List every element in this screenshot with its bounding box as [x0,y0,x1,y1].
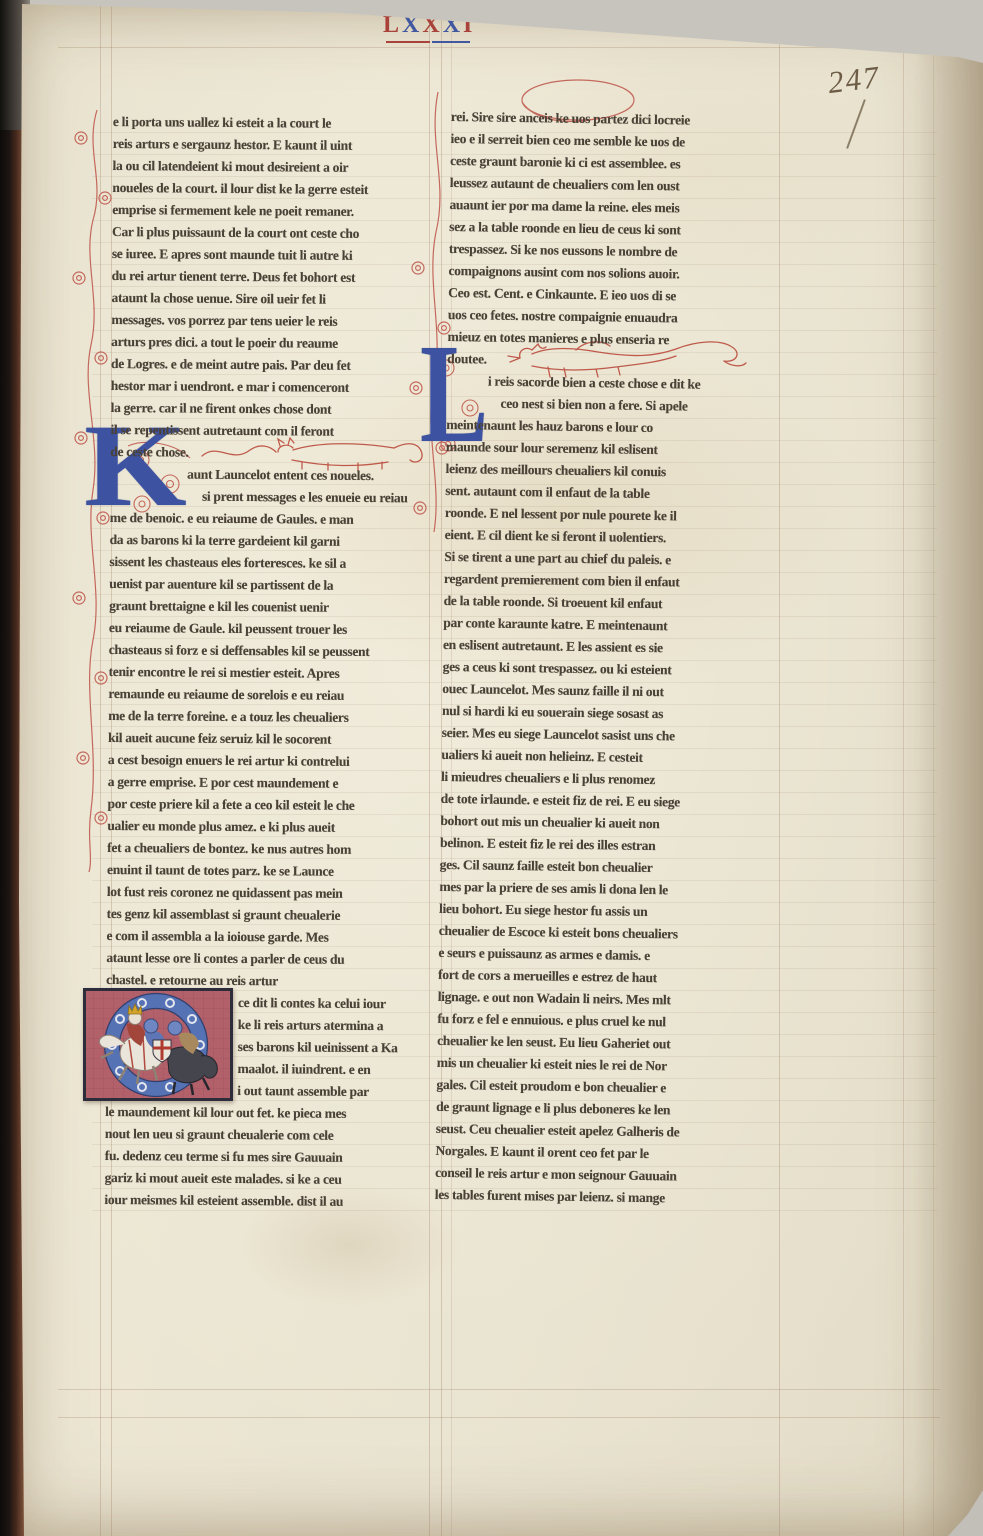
text-line: la ou cil latendeient ki mout desireient… [112,155,434,180]
text-line: maalot. il iuindrent. e en [105,1057,427,1082]
manuscript-photo: { "page": { "heading": { "text": "LXXXI"… [0,0,983,1536]
text-line: la gerre. car il ne firent onkes chose d… [111,397,433,422]
text-line: chastel. e retourne au reis artur [106,969,428,994]
text-column-right: rei. Sire sire anceis ke uos partez dici… [435,106,781,1211]
text-line: emprise si fermement kele ne poeit reman… [112,199,434,224]
text-line: hestor mar i uendront. e mar i comencero… [111,375,433,400]
vertical-ruling-line [933,0,934,1536]
text-line: a cest besoign enuers le rei artur ki co… [108,749,430,774]
text-line: ataunt lesse ore li contes a parler de c… [106,947,428,972]
text-line: iour meismes kil esteient assemble. dist… [104,1189,426,1214]
text-line: lot fust reis coronez ne quidassent pas … [107,881,429,906]
horizontal-ruling-line [58,47,940,48]
text-column-left: e li porta uns uallez ki esteit a la cou… [104,111,435,1213]
text-line: remaunde eu reiaume de sorelois e eu rei… [108,683,430,708]
text-line: e li porta uns uallez ki esteit a la cou… [113,111,435,136]
horizontal-ruling-line [58,1389,940,1390]
text-line: aunt Launcelot entent ces noueles. [110,463,432,488]
chapter-number-letter: X [402,12,422,39]
parchment-page: LXXXI 247 [0,0,983,1536]
text-line: Car li plus puissaunt de la court ont ce… [112,221,434,246]
heading-flourish [432,41,470,43]
text-line: arturs pres dici. a tout le poeir du rea… [111,331,433,356]
text-line: gariz ki mout aueit este malades. si ke … [105,1167,427,1192]
text-line: ataunt la chose uenue. Sire oil ueir fet… [111,287,433,312]
chapter-number-letter: I [463,12,475,39]
chapter-number-heading: LXXXI [383,12,475,39]
text-line: graunt brettaigne e kil les couenist uen… [109,595,431,620]
text-line: da as barons ki la terre gardeient kil g… [110,529,432,554]
text-line: ualier eu monde plus amez. e ki plus aue… [107,815,429,840]
text-line: a gerre emprise. E por cest maundement e [108,771,430,796]
text-line: sissent les chasteaus eles forteresces. … [109,551,431,576]
chapter-number-letter: L [383,12,402,39]
text-line: e com il assembla a la ioiouse garde. Me… [106,925,428,950]
text-line: ses barons kil ueinissent a Ka [106,1035,428,1060]
text-line: si prent messages e les enueie eu reiau [110,485,432,510]
chapter-number-letter: X [422,12,442,39]
chapter-number-letter: X [443,12,463,39]
text-line: uenist par auenture kil se partissent de… [109,573,431,598]
text-line: me de benoic. e eu reiaume de Gaules. e … [110,507,432,532]
text-line: me de la terre foreine. e a touz les che… [108,705,430,730]
text-line: ce dit li contes ka celui iour [106,991,428,1016]
horizontal-ruling-line [58,1417,940,1418]
text-line: por ceste priere kil a fete a ceo kil es… [107,793,429,818]
text-line: fet a cheualiers de bontez. ke nus autre… [107,837,429,862]
text-line: i out taunt assemble par [105,1079,427,1104]
text-line: de ceste chose. [110,441,432,466]
vertical-ruling-line [903,0,904,1536]
text-line: eu reiaume de Gaule. kil peussent trouer… [109,617,431,642]
text-line: il se repentissent autretaunt com il fer… [110,419,432,444]
text-line: du rei artur tienent terre. Deus fet boh… [112,265,434,290]
text-line: fu. dedenz ceu terme si fu mes sire Gauu… [105,1145,427,1170]
text-line: nout len ueu si graunt cheualerie com ce… [105,1123,427,1148]
text-line: reis arturs e sergaunz hestor. E kaunt i… [113,133,435,158]
text-line: tes genz kil assemblast si graunt cheual… [107,903,429,928]
text-line: le maundement kil lour out fet. ke pieca… [105,1101,427,1126]
text-line: ke li reis arturs atermina a [106,1013,428,1038]
text-line: enuint il taunt de totes parz. ke se Lau… [107,859,429,884]
text-line: de Logres. e de meint autre pais. Par de… [111,353,433,378]
heading-flourish [386,41,430,43]
text-line: se iuree. E apres sont maunde tuit li au… [112,243,434,268]
text-line: chasteaus si forz e si deffensables kil … [109,639,431,664]
text-line: messages. vos porrez par tens ueier le r… [111,309,433,334]
text-line: noueles de la court. il lour dist ke la … [112,177,434,202]
folio-number: 247 [826,59,882,101]
text-line: kil aueit aucune feiz seruiz kil le soco… [108,727,430,752]
text-line: tenir encontre le rei si mestier esteit.… [109,661,431,686]
